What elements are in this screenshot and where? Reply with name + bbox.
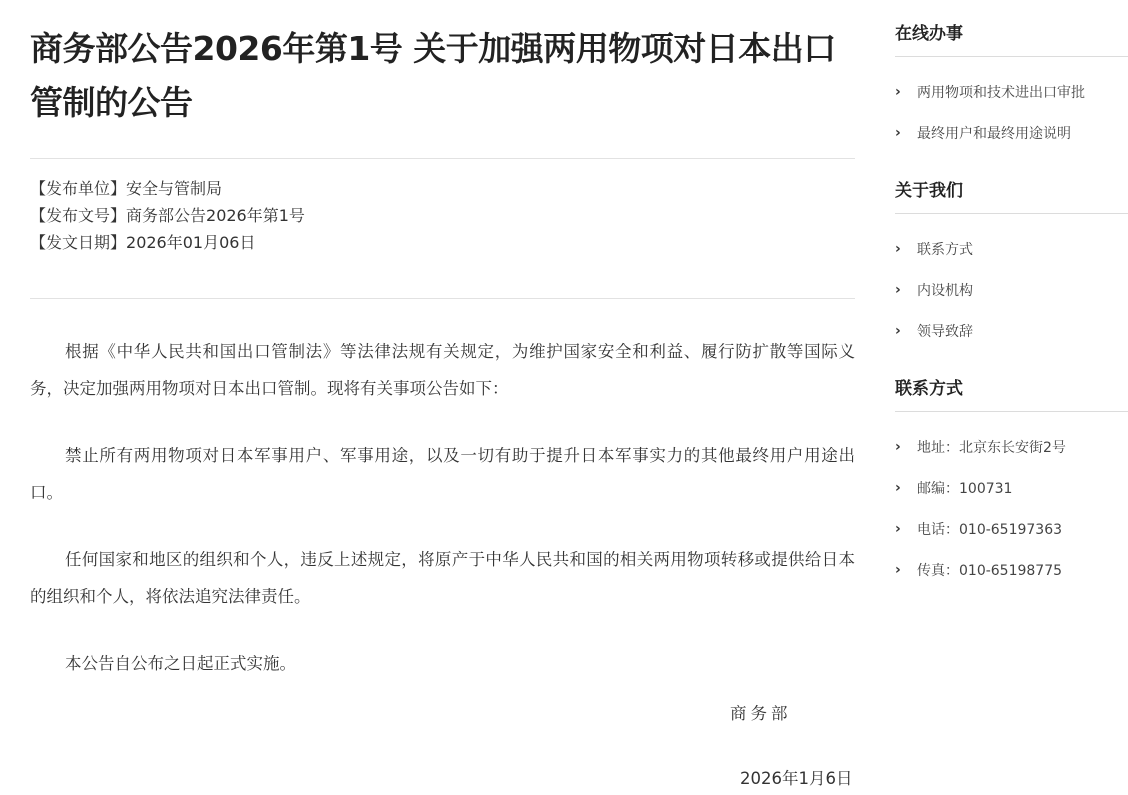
paragraph: 任何国家和地区的组织和个人，违反上述规定，将原产于中华人民共和国的相关两用物项转…	[30, 541, 855, 615]
article: 商务部公告2026年第1号 关于加强两用物项对日本出口管制的公告 【发布单位】安…	[30, 0, 855, 712]
sidebar-list: ›地址：北京东长安街2号 ›邮编：100731 ›电话：010-65197363…	[895, 412, 1128, 594]
contact-value: 地址：北京东长安街2号	[917, 437, 1066, 457]
article-body: 根据《中华人民共和国出口管制法》等法律法规有关规定，为维护国家安全和利益、履行防…	[30, 333, 855, 682]
meta-divider	[30, 298, 855, 299]
chevron-right-icon: ›	[895, 241, 917, 257]
contact-phone: ›电话：010-65197363	[895, 508, 1128, 549]
page: 商务部公告2026年第1号 关于加强两用物项对日本出口管制的公告 【发布单位】安…	[0, 0, 1128, 795]
sidebar-item-leader-message[interactable]: ›领导致辞	[895, 310, 1128, 351]
article-title: 商务部公告2026年第1号 关于加强两用物项对日本出口管制的公告	[30, 22, 855, 130]
sidebar-list: ›两用物项和技术进出口审批 ›最终用户和最终用途说明	[895, 57, 1128, 157]
contact-postcode: ›邮编：100731	[895, 467, 1128, 508]
sidebar-item-departments[interactable]: ›内设机构	[895, 269, 1128, 310]
sidebar-item-end-user-statement[interactable]: ›最终用户和最终用途说明	[895, 112, 1128, 153]
sidebar-heading: 在线办事	[895, 0, 1128, 57]
chevron-right-icon: ›	[895, 282, 917, 298]
contact-value: 邮编：100731	[917, 478, 1012, 498]
paragraph: 禁止所有两用物项对日本军事用户、军事用途，以及一切有助于提升日本军事实力的其他最…	[30, 437, 855, 511]
sidebar-item-label: 两用物项和技术进出口审批	[917, 82, 1085, 102]
paragraph: 根据《中华人民共和国出口管制法》等法律法规有关规定，为维护国家安全和利益、履行防…	[30, 333, 855, 407]
chevron-right-icon: ›	[895, 562, 917, 578]
contact-value: 电话：010-65197363	[917, 519, 1062, 539]
meta-label: 【发布文号】	[30, 206, 126, 225]
sidebar-section-about-us: 关于我们 ›联系方式 ›内设机构 ›领导致辞	[895, 157, 1128, 355]
sidebar: 在线办事 ›两用物项和技术进出口审批 ›最终用户和最终用途说明 关于我们 ›联系…	[895, 0, 1128, 594]
sidebar-item-label: 最终用户和最终用途说明	[917, 123, 1071, 143]
sidebar-section-contact: 联系方式 ›地址：北京东长安街2号 ›邮编：100731 ›电话：010-651…	[895, 355, 1128, 594]
sidebar-heading: 联系方式	[895, 355, 1128, 412]
chevron-right-icon: ›	[895, 125, 917, 141]
contact-value: 传真：010-65198775	[917, 560, 1062, 580]
sidebar-list: ›联系方式 ›内设机构 ›领导致辞	[895, 214, 1128, 355]
contact-fax: ›传真：010-65198775	[895, 549, 1128, 590]
meta-label: 【发文日期】	[30, 233, 126, 252]
sidebar-heading: 关于我们	[895, 157, 1128, 214]
sidebar-item-label: 联系方式	[917, 239, 973, 259]
sidebar-section-online-services: 在线办事 ›两用物项和技术进出口审批 ›最终用户和最终用途说明	[895, 0, 1128, 157]
paragraph: 本公告自公布之日起正式实施。	[30, 645, 855, 682]
meta-document-number: 【发布文号】商务部公告2026年第1号	[30, 202, 855, 229]
chevron-right-icon: ›	[895, 480, 917, 496]
signature: 商务部	[730, 700, 792, 724]
meta-issuing-unit: 【发布单位】安全与管制局	[30, 175, 855, 202]
chevron-right-icon: ›	[895, 439, 917, 455]
chevron-right-icon: ›	[895, 521, 917, 537]
meta-value: 2026年01月06日	[126, 233, 255, 252]
sidebar-item-contact[interactable]: ›联系方式	[895, 228, 1128, 269]
chevron-right-icon: ›	[895, 323, 917, 339]
title-divider	[30, 158, 855, 159]
chevron-right-icon: ›	[895, 84, 917, 100]
meta-label: 【发布单位】	[30, 179, 126, 198]
sidebar-item-label: 内设机构	[917, 280, 973, 300]
contact-address: ›地址：北京东长安街2号	[895, 426, 1128, 467]
meta-value: 商务部公告2026年第1号	[126, 206, 305, 225]
sidebar-item-dual-use-approval[interactable]: ›两用物项和技术进出口审批	[895, 71, 1128, 112]
signature-date: 2026年1月6日	[740, 765, 853, 789]
article-meta: 【发布单位】安全与管制局 【发布文号】商务部公告2026年第1号 【发文日期】2…	[30, 175, 855, 256]
meta-value: 安全与管制局	[126, 179, 222, 198]
sidebar-item-label: 领导致辞	[917, 321, 973, 341]
meta-issue-date: 【发文日期】2026年01月06日	[30, 229, 855, 256]
